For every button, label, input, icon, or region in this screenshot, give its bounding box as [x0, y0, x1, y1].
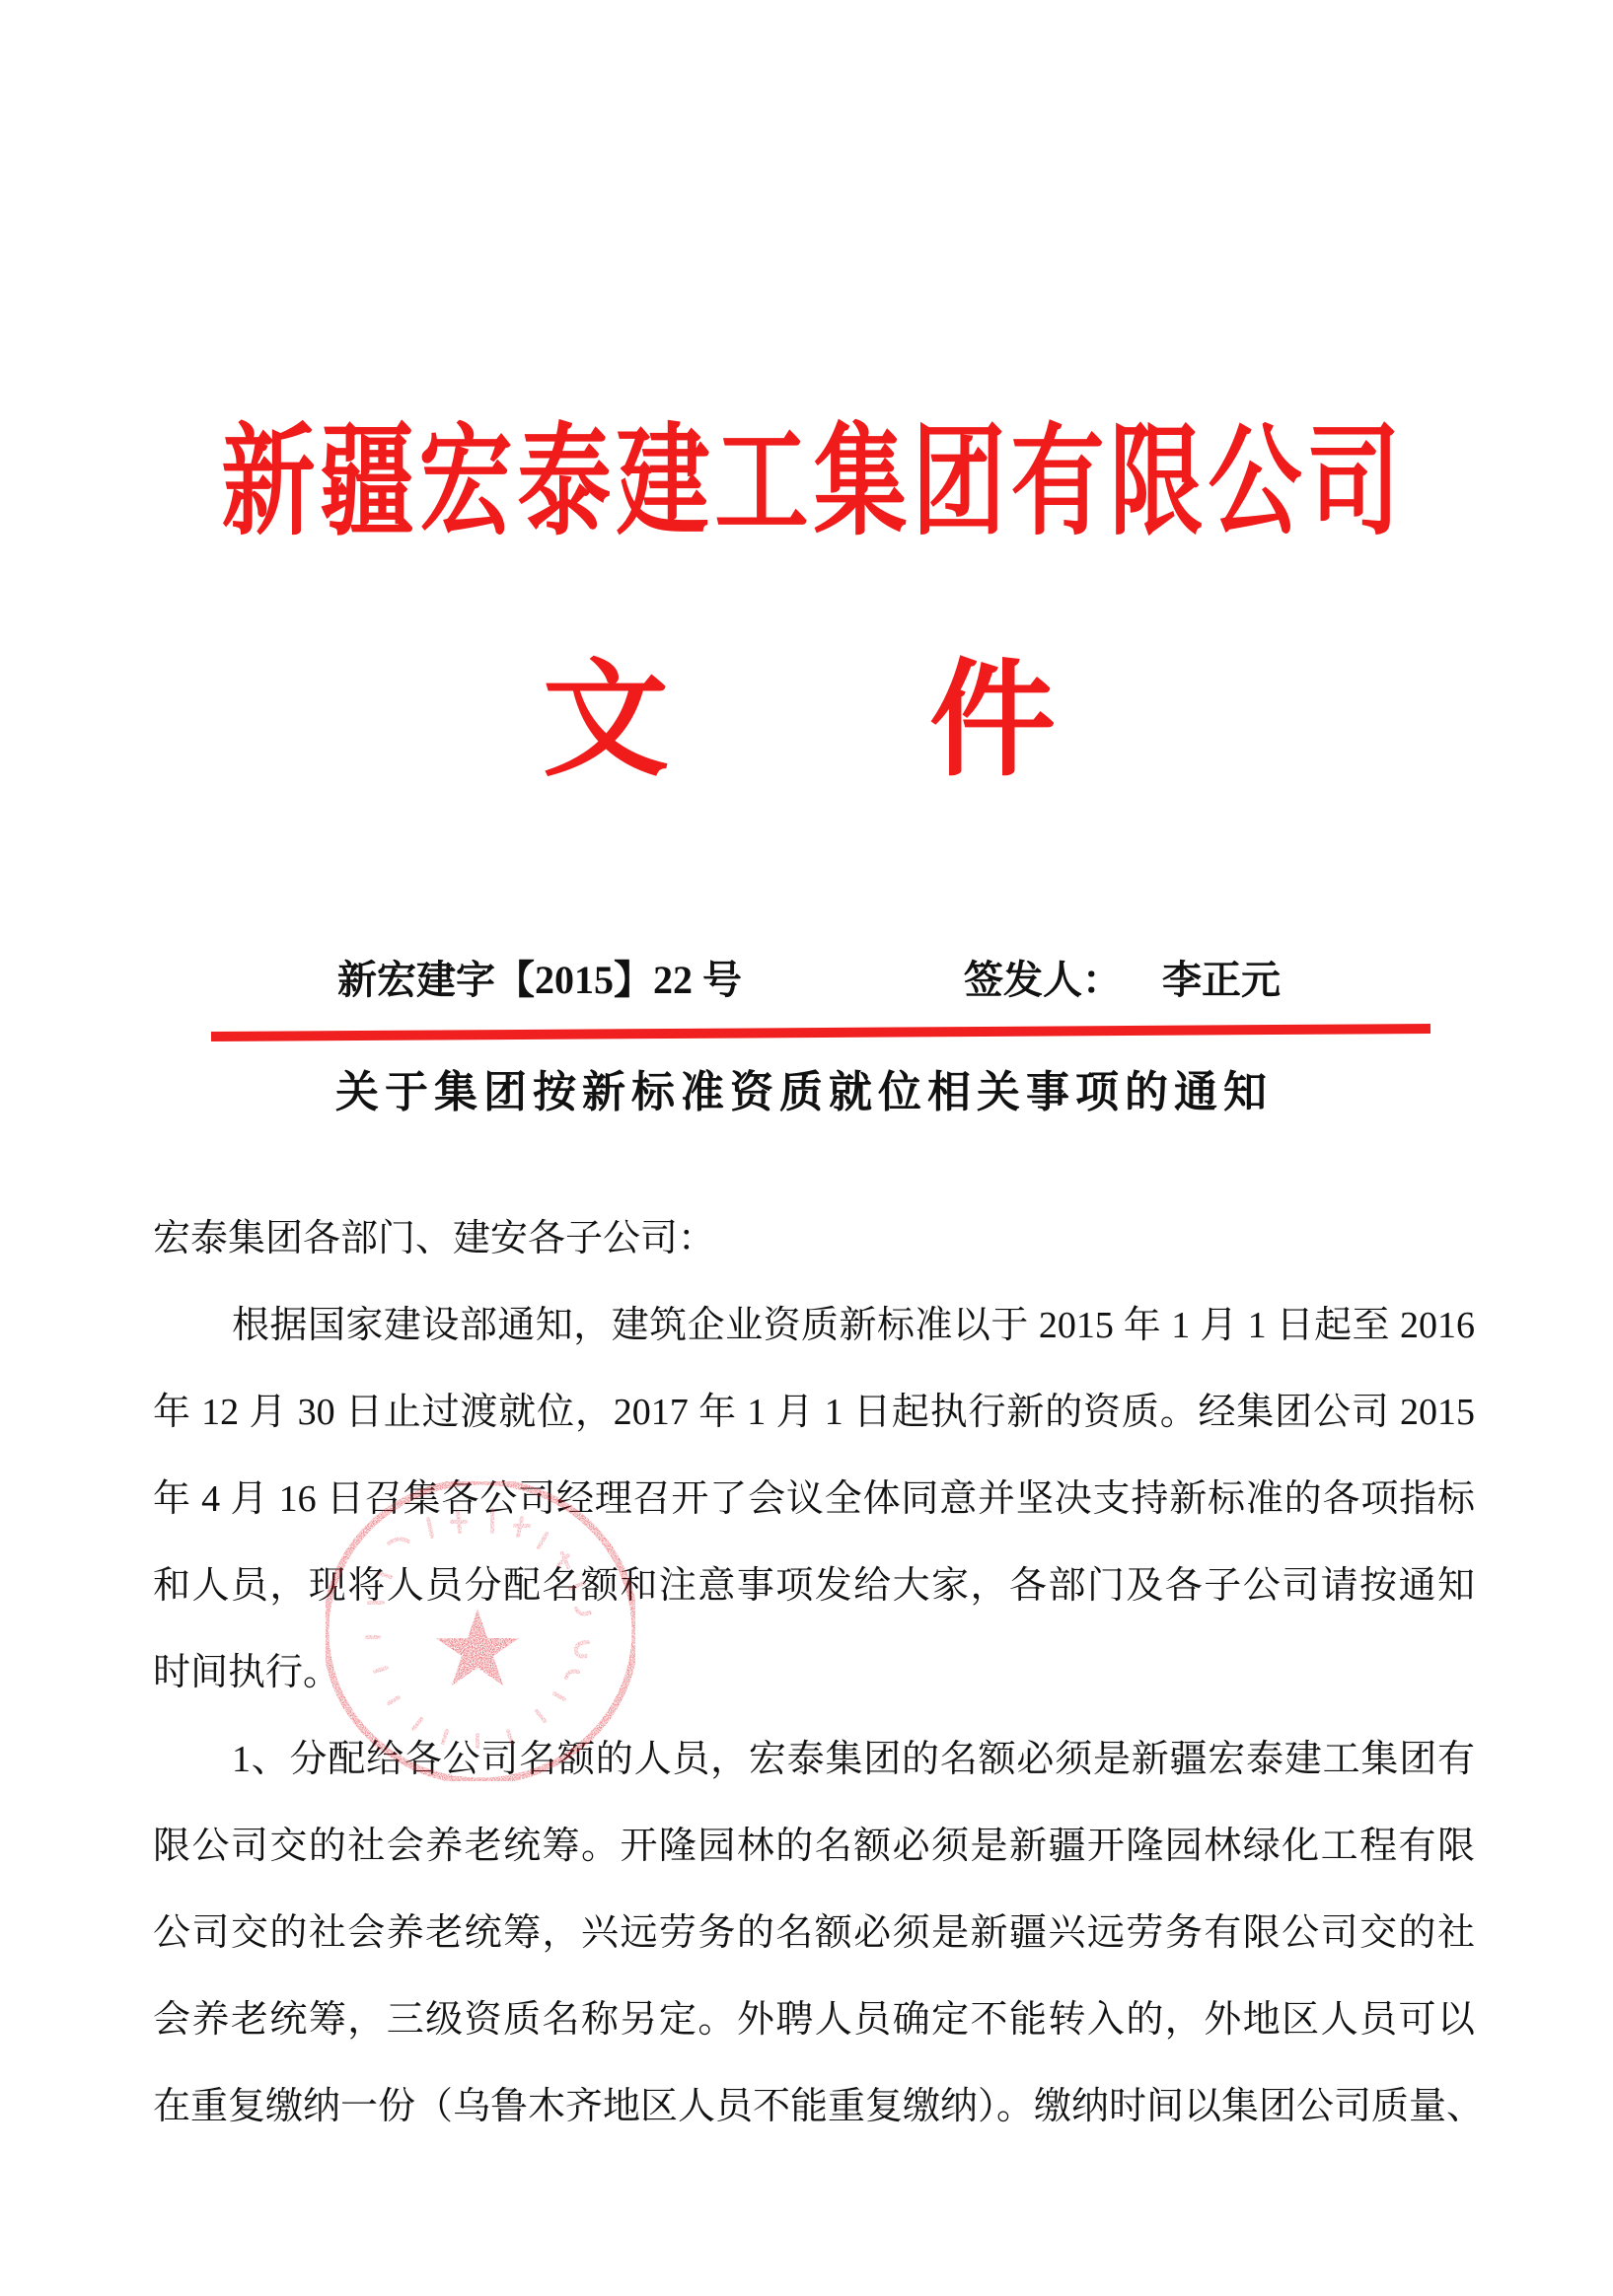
body-line: 会养老统筹，三级资质名称另定。外聘人员确定不能转入的，外地区人员可以 [153, 1976, 1475, 2063]
body-line: 时间执行。 [153, 1629, 1475, 1716]
body-line: 公司交的社会养老统筹，兴远劳务的名额必须是新疆兴远劳务有限公司交的社 [153, 1890, 1475, 1976]
signer-name: 李正元 [1162, 953, 1281, 1008]
issuer-char: 公 [1209, 397, 1302, 566]
issuer-char: 限 [1110, 397, 1204, 566]
issuer-char: 有 [1011, 397, 1105, 566]
letterhead-document-word-2: 件 [929, 651, 1056, 789]
letterhead-document-word-1: 文 [543, 651, 669, 789]
body-line: 年 4 月 16 日召集各公司经理召开了会议全体同意并坚决支持新标准的各项指标 [153, 1456, 1475, 1543]
salutation: 宏泰集团各部门、建安各子公司： [153, 1195, 1475, 1282]
issuer-char: 泰 [518, 397, 612, 566]
issuer-char: 集 [814, 397, 908, 566]
body-line: 1、分配给各公司名额的人员，宏泰集团的名额必须是新疆宏泰建工集团有 [153, 1716, 1475, 1803]
body-line: 和人员，现将人员分配名额和注意事项发给大家，各部门及各子公司请按通知 [153, 1543, 1475, 1629]
body-line: 在重复缴纳一份（乌鲁木齐地区人员不能重复缴纳）。缴纳时间以集团公司质量、 [153, 2063, 1475, 2150]
letterhead-issuer-name: 新 疆 宏 泰 建 工 集 团 有 限 公 司 [219, 412, 1373, 550]
body-line: 年 12 月 30 日止过渡就位，2017 年 1 月 1 日起执行新的资质。经… [153, 1369, 1475, 1456]
issuer-char: 疆 [321, 397, 414, 566]
document-number: 新宏建字【2015】22 号 [337, 953, 742, 1008]
notice-body: 宏泰集团各部门、建安各子公司： 根据国家建设部通知，建筑企业资质新标准以于 20… [153, 1195, 1475, 2150]
issuer-char: 建 [617, 397, 710, 566]
notice-title: 关于集团按新标准资质就位相关事项的通知 [335, 1063, 1287, 1122]
issuer-char: 新 [222, 397, 316, 566]
body-line: 根据国家建设部通知，建筑企业资质新标准以于 2015 年 1 月 1 日起至 2… [153, 1282, 1475, 1369]
red-separator-line [211, 1024, 1430, 1041]
body-line: 限公司交的社会养老统筹。开隆园林的名额必须是新疆开隆园林绿化工程有限 [153, 1803, 1475, 1890]
paragraph-1: 根据国家建设部通知，建筑企业资质新标准以于 2015 年 1 月 1 日起至 2… [153, 1282, 1475, 1716]
issuer-char: 司 [1307, 397, 1401, 566]
paragraph-2: 1、分配给各公司名额的人员，宏泰集团的名额必须是新疆宏泰建工集团有 限公司交的社… [153, 1716, 1475, 2150]
issuer-char: 工 [715, 397, 809, 566]
signer-label: 签发人： [964, 953, 1122, 1008]
issuer-char: 宏 [419, 397, 513, 566]
issuer-char: 团 [913, 397, 1006, 566]
